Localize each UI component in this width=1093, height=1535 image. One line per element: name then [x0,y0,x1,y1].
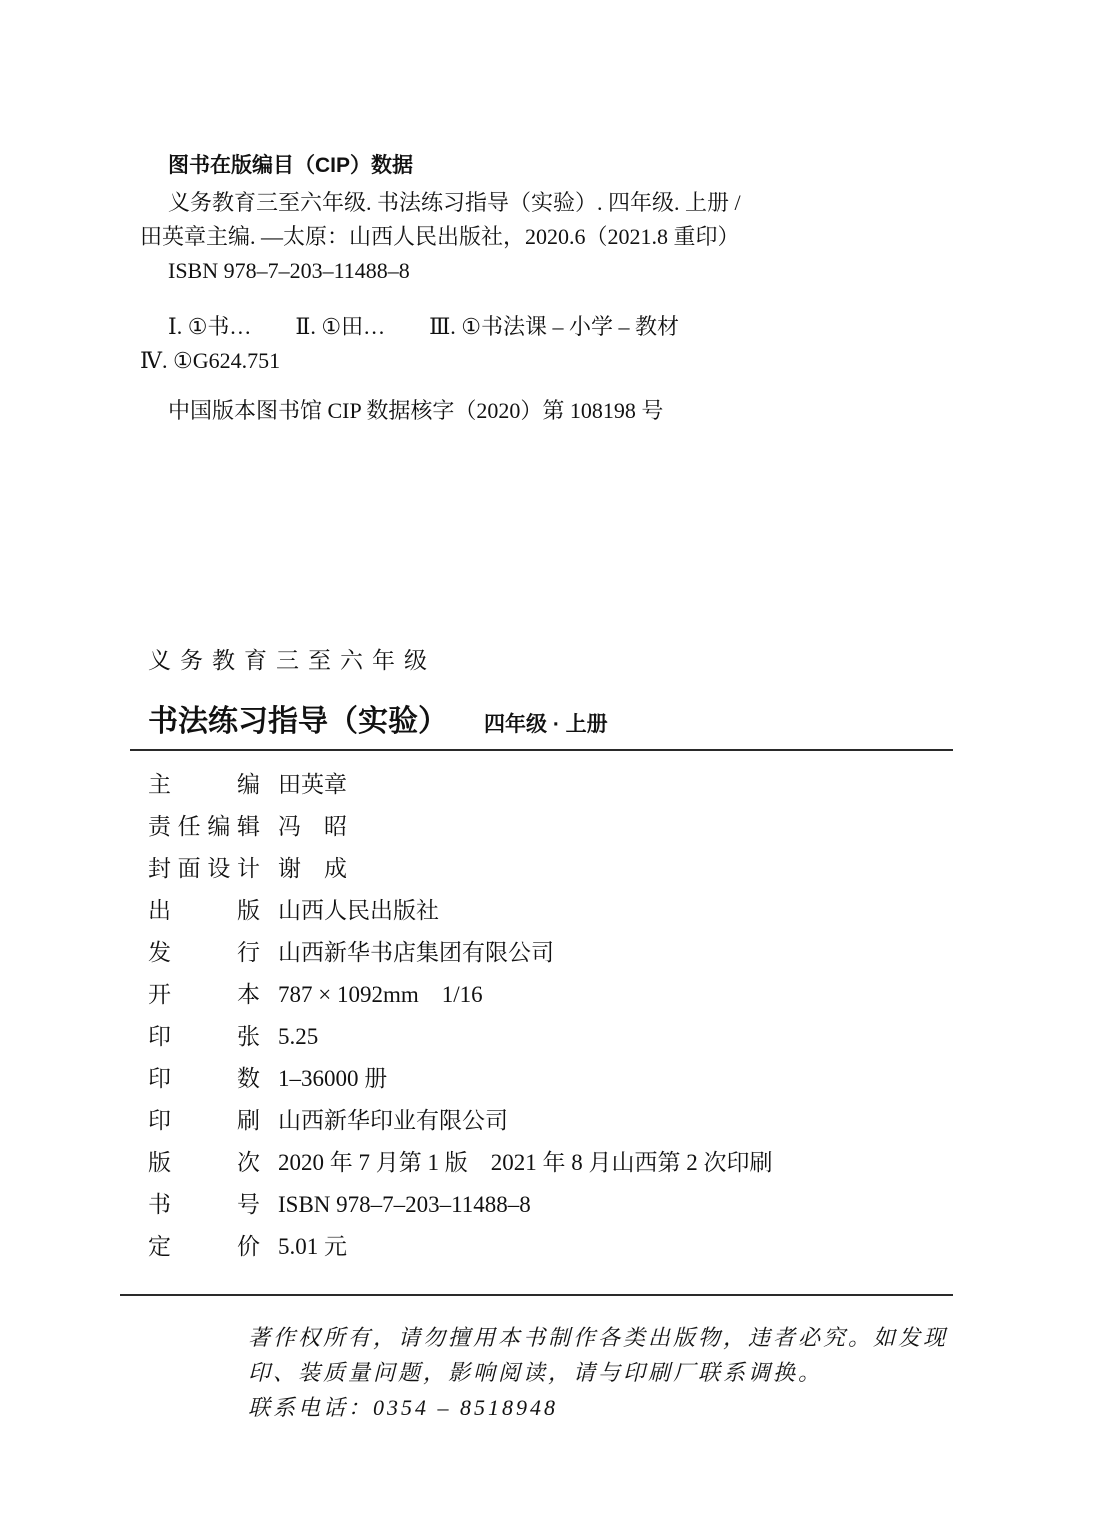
pubinfo-row-isbn: 书号 ISBN 978–7–203–11488–8 [148,1184,908,1226]
pubinfo-value: 5.25 [278,1016,318,1058]
series-title: 义务教育三至六年级 [148,642,436,675]
pubinfo-row-publisher: 出版 山西人民出版社 [148,890,908,932]
pubinfo-row-chief-editor: 主编 田英章 [148,764,908,806]
copyright-page: 图书在版编目（CIP）数据 义务教育三至六年级. 书法练习指导（实验）. 四年级… [0,0,1093,1535]
cip-catalog-number-line: 中国版本图书馆 CIP 数据核字（2020）第 108198 号 [140,394,860,428]
pubinfo-row-cover-design: 封面设计 谢 成 [148,848,908,890]
pubinfo-label: 封面设计 [148,848,260,890]
book-title: 书法练习指导（实验） [148,705,448,738]
pubinfo-label: 版次 [148,1142,260,1184]
pubinfo-label: 定价 [148,1226,260,1268]
pubinfo-row-print-run: 印数 1–36000 册 [148,1058,908,1100]
pubinfo-row-price: 定价 5.01 元 [148,1226,908,1268]
publication-info-list: 主编 田英章 责任编辑 冯 昭 封面设计 谢 成 出版 山西人民出版社 发行 山… [148,764,908,1268]
pubinfo-label: 主编 [148,764,260,806]
pubinfo-value: ISBN 978–7–203–11488–8 [278,1184,531,1226]
cip-classification-line-2: Ⅳ. ①G624.751 [140,344,860,378]
pubinfo-row-sheets: 印张 5.25 [148,1016,908,1058]
copyright-line-3: 联系电话：0354 – 8518948 [248,1390,968,1425]
pubinfo-value: 5.01 元 [278,1226,347,1268]
pubinfo-value: 2020 年 7 月第 1 版 2021 年 8 月山西第 2 次印刷 [278,1142,773,1184]
cip-data-block: 图书在版编目（CIP）数据 义务教育三至六年级. 书法练习指导（实验）. 四年级… [140,150,860,428]
pubinfo-value: 田英章 [278,764,347,806]
pubinfo-row-distributor: 发行 山西新华书店集团有限公司 [148,932,908,974]
pubinfo-label: 书号 [148,1184,260,1226]
pubinfo-row-responsible-editor: 责任编辑 冯 昭 [148,806,908,848]
pubinfo-row-printer: 印刷 山西新华印业有限公司 [148,1100,908,1142]
pubinfo-value: 山西人民出版社 [278,890,439,932]
pubinfo-label: 发行 [148,932,260,974]
pubinfo-label: 责任编辑 [148,806,260,848]
title-row: 书法练习指导（实验）四年级 · 上册 [148,696,608,740]
pubinfo-label: 开本 [148,974,260,1016]
cip-heading: 图书在版编目（CIP）数据 [140,150,860,182]
pubinfo-row-edition: 版次 2020 年 7 月第 1 版 2021 年 8 月山西第 2 次印刷 [148,1142,908,1184]
pubinfo-label: 印刷 [148,1100,260,1142]
pubinfo-value: 787 × 1092mm 1/16 [278,974,483,1016]
pubinfo-value: 谢 成 [278,848,347,890]
copyright-line-1: 著作权所有，请勿擅用本书制作各类出版物，违者必究。如发现 [248,1320,968,1355]
pubinfo-label: 出版 [148,890,260,932]
cip-classification-line-1: Ⅰ. ①书… Ⅱ. ①田… Ⅲ. ①书法课 – 小学 – 教材 [140,310,860,344]
pubinfo-value: 山西新华书店集团有限公司 [278,932,554,974]
cip-record-line-1: 义务教育三至六年级. 书法练习指导（实验）. 四年级. 上册 / [140,186,860,220]
pubinfo-value: 1–36000 册 [278,1058,387,1100]
pubinfo-value: 山西新华印业有限公司 [278,1100,508,1142]
pubinfo-label: 印数 [148,1058,260,1100]
pubinfo-value: 冯 昭 [278,806,347,848]
footer-divider-rule [120,1294,953,1296]
copyright-notice: 著作权所有，请勿擅用本书制作各类出版物，违者必究。如发现 印、装质量问题，影响阅… [248,1320,968,1425]
copyright-line-2: 印、装质量问题，影响阅读，请与印刷厂联系调换。 [248,1355,968,1390]
cip-record-line-2: 田英章主编. —太原：山西人民出版社，2020.6（2021.8 重印） [140,220,860,254]
pubinfo-row-format: 开本 787 × 1092mm 1/16 [148,974,908,1016]
cip-isbn-line: ISBN 978–7–203–11488–8 [140,254,860,288]
pubinfo-label: 印张 [148,1016,260,1058]
title-divider-rule [130,749,953,751]
book-edition: 四年级 · 上册 [484,713,608,736]
